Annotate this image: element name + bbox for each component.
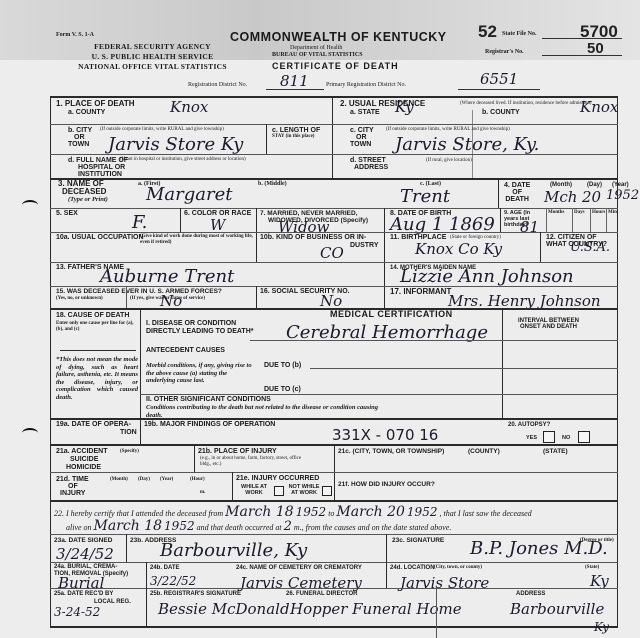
under-24-hours: Hours bbox=[592, 210, 605, 216]
label-line: d. STREET bbox=[350, 157, 388, 164]
time-m-label: m. bbox=[200, 490, 205, 496]
label-line: c. LENGTH OF bbox=[272, 127, 320, 134]
autopsy-yes-checkbox[interactable] bbox=[543, 431, 555, 443]
label-line: (Type or Print) bbox=[58, 196, 108, 204]
pod-city-value: Jarvis Store Ky bbox=[108, 134, 243, 155]
label-line: OF bbox=[56, 483, 89, 490]
not-while-at-work-label: NOT WHILE AT WORK bbox=[286, 484, 322, 496]
autopsy-yes-label: YES bbox=[526, 434, 537, 442]
margin-mark bbox=[22, 428, 38, 438]
place-of-injury-label: 21b. PLACE OF INJURY bbox=[198, 448, 277, 456]
sex-value: F. bbox=[132, 212, 147, 233]
label-line: 21a. ACCIDENT bbox=[56, 448, 107, 456]
antecedent-hint: Morbid conditions, if any, giving rise t… bbox=[146, 362, 254, 385]
injury-county-label: (COUNTY) bbox=[468, 448, 500, 456]
label-line: 4. DATE bbox=[504, 182, 530, 189]
while-at-work-label: WHILE AT WORK bbox=[236, 484, 272, 496]
death-month-value: Mch bbox=[544, 188, 577, 206]
informant-label: 17. INFORMANT bbox=[390, 288, 451, 296]
autopsy-label: 20. AUTOPSY? bbox=[508, 421, 550, 429]
middle-name-label: b. (Middle) bbox=[258, 181, 287, 187]
label-line: OF bbox=[504, 189, 530, 196]
under-1-months: Months bbox=[548, 210, 564, 216]
accident-label: 21a. ACCIDENT SUICIDE HOMICIDE bbox=[56, 448, 107, 472]
agency-line: NATIONAL OFFICE VITAL STATISTICS bbox=[60, 62, 245, 72]
funeral-address-label: ADDRESS bbox=[516, 590, 545, 598]
time-year-label: (Year) bbox=[160, 477, 173, 483]
cert-alive-label: alive on bbox=[66, 523, 92, 532]
not-while-at-work-checkbox[interactable] bbox=[322, 486, 332, 496]
operation-findings-value: 331X - 070 16 bbox=[332, 426, 438, 444]
business-label: 10b. KIND OF BUSINESS OR IN- bbox=[260, 234, 366, 242]
date-recd-value: 3-24-52 bbox=[54, 605, 100, 619]
registrar-number: 50 bbox=[587, 40, 604, 57]
date-recd-label: 25a. DATE REC'D BY bbox=[54, 590, 113, 598]
page-title: COMMONWEALTH OF KENTUCKY bbox=[230, 30, 447, 44]
reg-district-value: 811 bbox=[280, 72, 309, 90]
label-line: c. CITY bbox=[350, 127, 374, 134]
physician-signature: B.P. Jones M.D. bbox=[470, 538, 608, 559]
length-of-stay-label: c. LENGTH OF STAY (in this place) bbox=[272, 127, 320, 140]
occupation-label: 10a. USUAL OCCUPATION bbox=[56, 234, 144, 242]
label-line: HOMICIDE bbox=[56, 464, 107, 472]
age-value: 81 bbox=[520, 218, 539, 236]
accident-specify: (Specify) bbox=[120, 449, 139, 455]
how-injury-label: 21f. HOW DID INJURY OCCUR? bbox=[338, 481, 435, 489]
operation-date-label-2: TION bbox=[120, 429, 137, 437]
cert-death-time: 2 bbox=[284, 519, 292, 534]
last-name-value: Trent bbox=[400, 186, 450, 207]
cause-of-death-hint: Enter only one cause per line for (a), (… bbox=[56, 321, 138, 333]
res-state-label: a. STATE bbox=[350, 109, 380, 117]
location-state-label: (State) bbox=[585, 565, 599, 571]
hospital-hint: (If not in hospital or institution, give… bbox=[120, 157, 330, 163]
birthplace-value: Knox Co Ky bbox=[415, 240, 502, 258]
pod-county-label: a. COUNTY bbox=[68, 109, 105, 117]
first-name-value: Margaret bbox=[146, 184, 233, 205]
death-day-value: 20 bbox=[582, 188, 601, 206]
margin-mark bbox=[22, 200, 38, 210]
location-value: Jarvis Store bbox=[400, 574, 489, 592]
label-line: OR bbox=[350, 134, 374, 141]
res-county-label: b. COUNTY bbox=[482, 109, 520, 117]
injury-occurred-label: 21e. INJURY OCCURRED bbox=[236, 475, 319, 483]
registrar-signature-label: 25b. REGISTRAR'S SIGNATURE bbox=[150, 590, 241, 598]
primary-reg-label: Primary Registration District No. bbox=[326, 82, 406, 88]
cause-of-death-label: 18. CAUSE OF DEATH bbox=[56, 312, 129, 320]
autopsy-no-checkbox[interactable] bbox=[578, 431, 590, 443]
disease-label: I. DISEASE OR CONDITION DIRECTLY LEADING… bbox=[146, 320, 253, 336]
state-file-number: 5700 bbox=[580, 22, 618, 42]
pod-city-hint: (If outside corporate limits, write RURA… bbox=[100, 127, 300, 133]
label-line: INSTITUTION bbox=[68, 171, 128, 178]
other-conditions-label: II. OTHER SIGNIFICANT CONDITIONS bbox=[146, 396, 271, 404]
interval-label: INTERVAL BETWEEN ONSET AND DEATH bbox=[518, 318, 579, 330]
funeral-address-state: Ky bbox=[594, 620, 609, 634]
registrar-signature: Bessie McDonald bbox=[158, 600, 290, 618]
cert-text: and that death occurred at bbox=[197, 523, 282, 532]
time-hour-label: (Hour) bbox=[190, 477, 205, 483]
other-conditions-hint: Conditions contributing to the death but… bbox=[146, 404, 396, 419]
burial-date-value: 3/22/52 bbox=[150, 574, 196, 588]
bureau: BUREAU OF VITAL STATISTICS bbox=[272, 52, 363, 58]
label-line: OR bbox=[68, 134, 92, 141]
location-hint: (City, town, or county) bbox=[434, 565, 482, 571]
antecedent-label: ANTECEDENT CAUSES bbox=[146, 347, 225, 355]
signature-label: 23c. SIGNATURE bbox=[392, 537, 444, 545]
location-label: 24d. LOCATION bbox=[390, 564, 435, 572]
label-line: 24a. BURIAL, CREMA- bbox=[54, 564, 128, 571]
cert-text: m., from the causes and on the date stat… bbox=[294, 523, 451, 532]
address-value: Barbourville, Ky bbox=[160, 540, 307, 561]
label-line: DEATH bbox=[504, 196, 530, 203]
sex-label: 5. SEX bbox=[56, 210, 78, 218]
reg-district-label: Registration District No. bbox=[188, 82, 247, 88]
cert-to-label: to bbox=[328, 509, 334, 518]
funeral-address-value: Barbourville bbox=[510, 600, 604, 618]
primary-reg-value: 6551 bbox=[480, 70, 518, 88]
cause-footnote: *This does not mean the mode of dying, s… bbox=[56, 356, 138, 401]
time-of-injury-label: 21d. TIME OF INJURY bbox=[56, 476, 89, 497]
while-at-work-checkbox[interactable] bbox=[274, 486, 284, 496]
label-line: DIRECTLY LEADING TO DEATH* bbox=[146, 328, 253, 336]
label-line: DECEASED bbox=[58, 188, 108, 196]
agency-line: FEDERAL SECURITY AGENCY bbox=[60, 42, 245, 52]
cert-from-year: 1952 bbox=[296, 505, 327, 519]
res-street-label: d. STREET ADDRESS bbox=[350, 157, 388, 171]
label-line: SUICIDE bbox=[56, 456, 107, 464]
cemetery-label: 24c. NAME OF CEMETERY OR CREMATORY bbox=[236, 564, 362, 572]
funeral-director-label: 26. FUNERAL DIRECTOR bbox=[286, 590, 357, 598]
name-label: 3. NAME OF DECEASED (Type or Print) bbox=[58, 180, 108, 204]
res-state-value: Ky bbox=[395, 98, 414, 116]
operation-date-label: 19a. DATE OF OPERA- bbox=[56, 421, 131, 429]
label-line: 7. MARRIED, NEVER MARRIED, bbox=[260, 210, 368, 217]
res-city-label: c. CITY OR TOWN bbox=[350, 127, 374, 148]
time-day-label: (Day) bbox=[138, 477, 150, 483]
armed-forces-hint: (Yes, no, or unknown) bbox=[56, 296, 103, 302]
place-of-death-title: 1. PLACE OF DEATH bbox=[56, 100, 135, 108]
label-line: 21d. TIME bbox=[56, 476, 89, 483]
due-to-c: DUE TO (c) bbox=[264, 386, 301, 394]
res-city-value: Jarvis Store, Ky. bbox=[395, 134, 539, 155]
label-line: TOWN bbox=[68, 141, 92, 148]
label-line: ONSET AND DEATH bbox=[518, 324, 579, 330]
business-value: CO bbox=[320, 244, 344, 262]
operation-findings-label: 19b. MAJOR FINDINGS OF OPERATION bbox=[144, 421, 275, 429]
label-line: ADDRESS bbox=[350, 164, 388, 171]
business-label-2: DUSTRY bbox=[350, 242, 379, 250]
citizen-value: U.S.A. bbox=[570, 240, 610, 255]
pod-county-value: Knox bbox=[170, 98, 208, 116]
label-line: INJURY bbox=[56, 490, 89, 497]
death-year-value: 1952 bbox=[606, 188, 639, 203]
state-file-label: State File No. bbox=[502, 31, 537, 37]
state-file-prefix: 52 bbox=[478, 22, 497, 42]
under-1-days: Days bbox=[574, 210, 585, 216]
occupation-hint: (Give kind of work done during most of w… bbox=[140, 234, 254, 246]
label-line: I. DISEASE OR CONDITION bbox=[146, 320, 253, 328]
label-line: STAY (in this place) bbox=[272, 134, 320, 140]
res-city-hint: (If outside corporate limits, write RURA… bbox=[386, 127, 606, 133]
mother-value: Lizzie Ann Johnson bbox=[400, 266, 574, 287]
cert-text: , that I last saw the deceased bbox=[439, 509, 531, 518]
cert-alive-year: 1952 bbox=[164, 519, 195, 533]
injury-city-label: 21c. (CITY, TOWN, OR TOWNSHIP) bbox=[338, 448, 444, 456]
certificate-title: CERTIFICATE OF DEATH bbox=[272, 61, 399, 71]
form-number: Form V. S. 1-A bbox=[56, 32, 94, 38]
father-value: Auburne Trent bbox=[100, 266, 234, 287]
res-county-value: Knox bbox=[580, 98, 618, 116]
medical-certification-title: MEDICAL CERTIFICATION bbox=[330, 310, 453, 318]
date-of-death-label: 4. DATE OF DEATH bbox=[504, 182, 530, 203]
place-of-injury-hint: (e.g., in or about home, farm, factory, … bbox=[200, 456, 310, 468]
pod-city-label: b. CITY OR TOWN bbox=[68, 127, 92, 148]
res-street-hint: (If rural, give location) bbox=[426, 158, 472, 164]
injury-state-label: (STATE) bbox=[543, 448, 568, 456]
department: Department of Health bbox=[290, 45, 342, 51]
cert-alive-date: March 18 bbox=[94, 518, 163, 534]
date-signed-label: 23a. DATE SIGNED bbox=[54, 537, 112, 545]
death-certificate: Form V. S. 1-A FEDERAL SECURITY AGENCY U… bbox=[50, 0, 622, 638]
certification-line-2: alive on March 18 1952 and that death oc… bbox=[66, 518, 451, 534]
label-line: b. CITY bbox=[68, 127, 92, 134]
cert-text: 22. I hereby certify that I attended the… bbox=[54, 509, 223, 518]
registrar-no-label: Registrar's No. bbox=[485, 49, 524, 55]
agency-line: U. S. PUBLIC HEALTH SERVICE bbox=[60, 52, 245, 62]
armed-forces-label: 15. WAS DECEASED EVER IN U. S. ARMED FOR… bbox=[56, 288, 222, 296]
label-line: HOSPITAL OR bbox=[68, 164, 128, 171]
agency-block: FEDERAL SECURITY AGENCY U. S. PUBLIC HEA… bbox=[60, 42, 245, 72]
due-to-b: DUE TO (b) bbox=[264, 362, 301, 370]
label-line: TOWN bbox=[350, 141, 374, 148]
cert-to-year: 1952 bbox=[407, 505, 438, 519]
time-month-label: (Month) bbox=[110, 477, 128, 483]
under-24-min: Min. bbox=[608, 210, 618, 216]
autopsy-no-label: NO bbox=[562, 434, 570, 442]
date-signed-value: 3/24/52 bbox=[56, 545, 114, 563]
burial-date-label: 24b. DATE bbox=[150, 564, 180, 572]
